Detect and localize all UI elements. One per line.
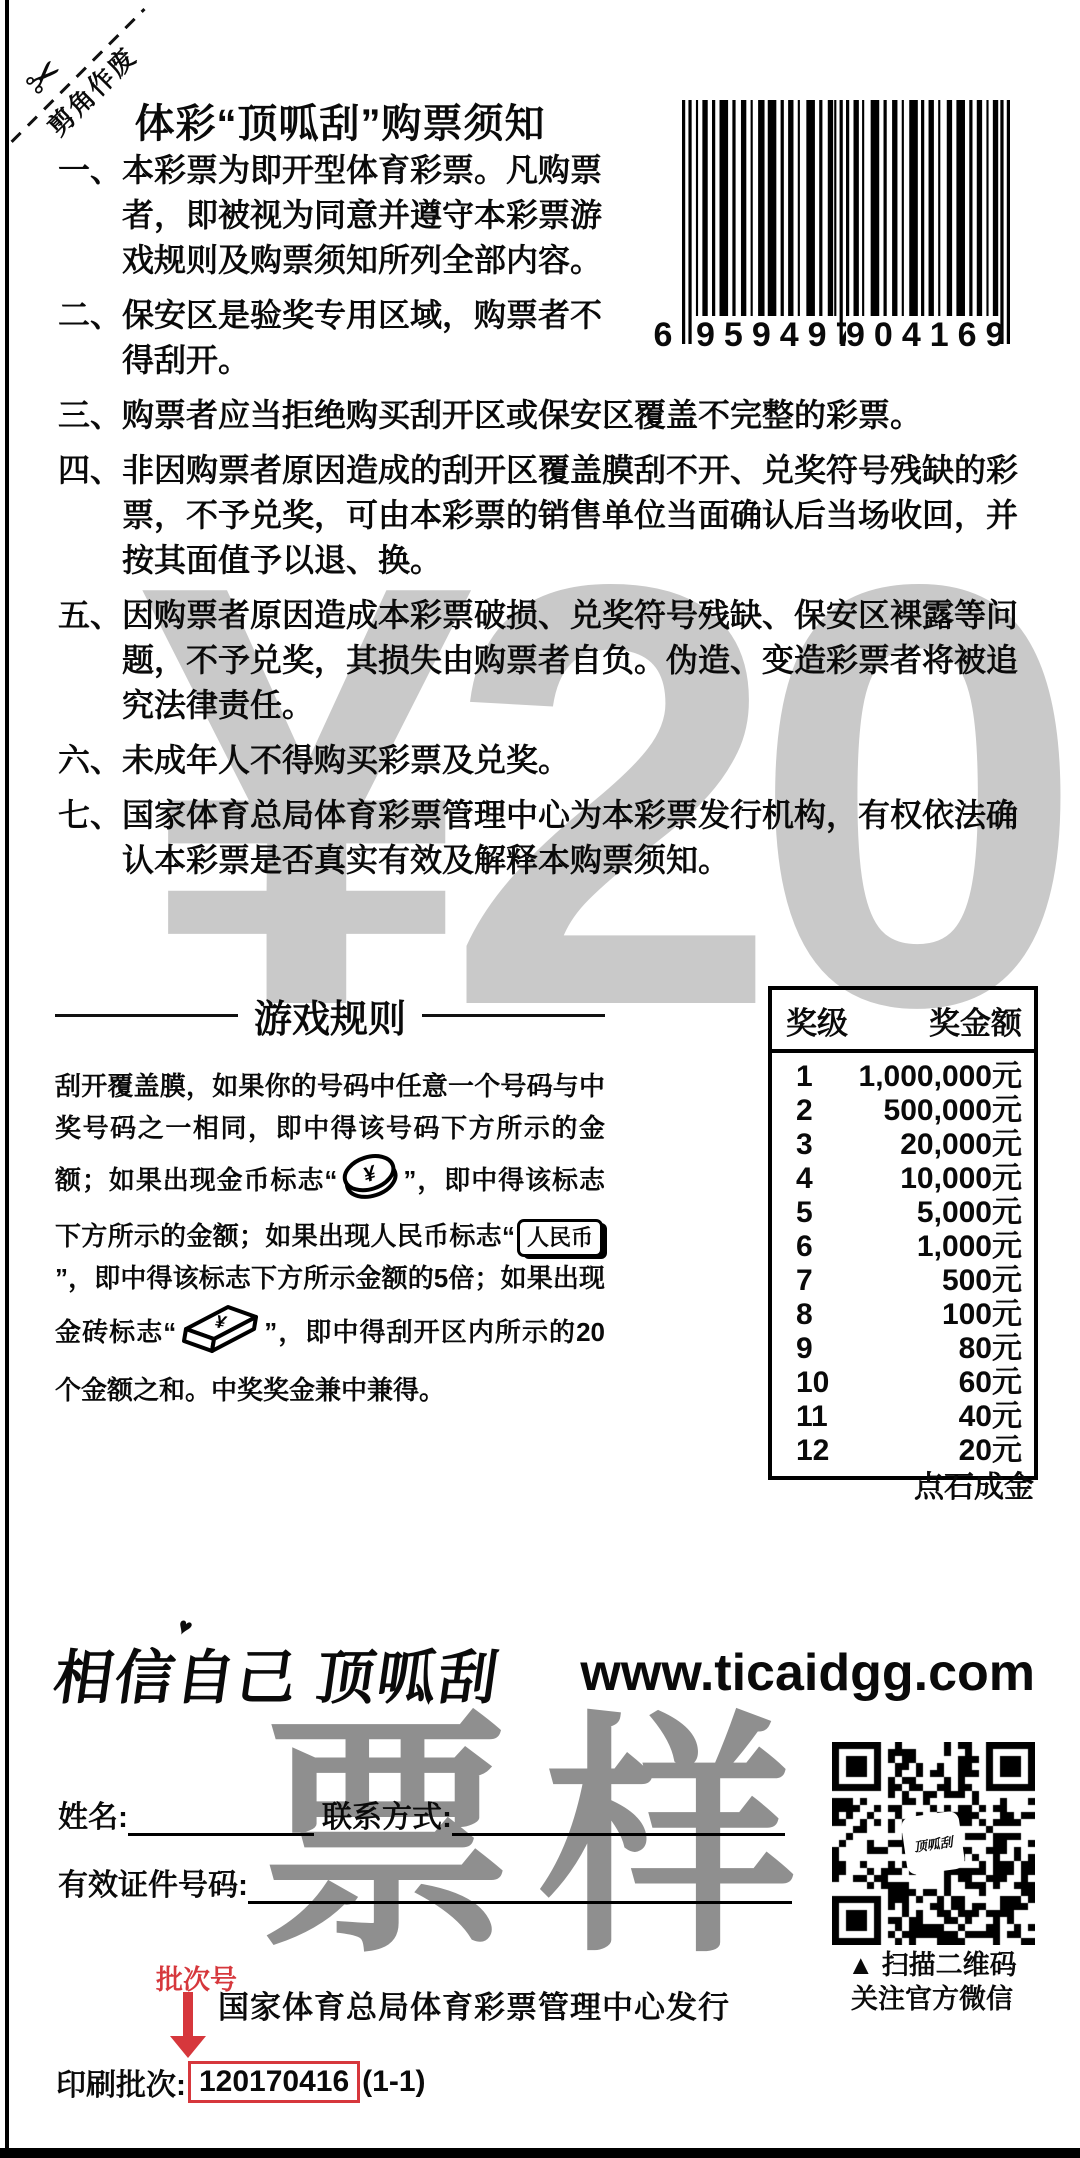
qr-caption-line2: 关注官方微信 [828, 1982, 1036, 2016]
gold-coin-icon: ¥ [339, 1149, 401, 1215]
notice-item: 七、国家体育总局体育彩票管理中心为本彩票发行机构，有权依法确认本彩票是否真实有效… [58, 793, 1038, 883]
game-rules-text: 刮开覆盖膜，如果你的号码中任意一个号码与中奖号码之一相同，即中得该号码下方所示的… [55, 1065, 605, 1411]
issuer-text: 国家体育总局体育彩票管理中心发行 [218, 1982, 730, 2027]
notice-item: 五、因购票者原因造成本彩票破损、兑奖符号残缺、保安区裸露等问题，不予兑奖，其损失… [58, 593, 1038, 728]
prize-amount-header: 奖金额 [929, 998, 1022, 1043]
prize-table: 奖级 奖金额 11,000,000元 2500,000元 320,000元 41… [768, 986, 1038, 1480]
table-row: 61,000元 [772, 1230, 1034, 1264]
prize-table-header: 奖级 奖金额 [772, 990, 1034, 1053]
notice-item: 二、保安区是验奖专用区域，购票者不得刮开。 [58, 293, 1038, 383]
ticket-left-edge [5, 0, 9, 2158]
prize-table-body: 11,000,000元 2500,000元 320,000元 410,000元 … [772, 1053, 1034, 1476]
heading-rule-left [55, 1014, 238, 1017]
notice-item: 一、本彩票为即开型体育彩票。凡购票者，即被视为同意并遵守本彩票游戏规则及购票须知… [58, 148, 1038, 283]
notice-item: 三、购票者应当拒绝购买刮开区或保安区覆盖不完整的彩票。 [58, 393, 1038, 438]
heading-rule-right [422, 1014, 605, 1017]
lottery-ticket-back: ¥20 票样 ✂ 剪角作废 体彩“顶呱刮”购票须知 [0, 0, 1080, 2158]
purchase-notice-list: 一、本彩票为即开型体育彩票。凡购票者，即被视为同意并遵守本彩票游戏规则及购票须知… [58, 148, 1038, 893]
table-row: 320,000元 [772, 1128, 1034, 1162]
table-row: 410,000元 [772, 1162, 1034, 1196]
notice-item: 四、非因购票者原因造成的刮开区覆盖膜刮不开、兑奖符号残缺的彩票，不予兑奖，可由本… [58, 448, 1038, 583]
name-blank-line [128, 1797, 314, 1836]
print-batch-row: 印刷批次: 120170416 (1-1) [56, 2060, 426, 2104]
contact-blank-line [452, 1797, 785, 1836]
print-batch-label: 印刷批次: [56, 2060, 186, 2104]
batch-arrow-icon [170, 2036, 206, 2058]
table-row: 11,000,000元 [772, 1060, 1034, 1094]
batch-arrow-shaft [183, 1992, 193, 2038]
qr-code-block: 顶呱刮 [832, 1742, 1035, 1945]
id-blank-line [248, 1865, 792, 1904]
game-rules-heading: 游戏规则 [55, 988, 605, 1043]
batch-number-value: 120170416 [188, 2061, 360, 2103]
table-row: 2500,000元 [772, 1094, 1034, 1128]
game-rules-title: 游戏规则 [254, 988, 406, 1043]
table-row: 1060元 [772, 1366, 1034, 1400]
form-row-name-contact: 姓名: 联系方式: [58, 1792, 785, 1836]
id-label: 有效证件号码: [58, 1860, 248, 1904]
notice-item: 六、未成年人不得购买彩票及兑奖。 [58, 738, 1038, 783]
game-name-label: 点石成金 [768, 1462, 1034, 1506]
gold-bar-icon: ¥ [178, 1299, 262, 1369]
prize-level-header: 奖级 [786, 998, 848, 1043]
website-text: www.ticaidgg.com [580, 1643, 1035, 1703]
brand-row: ♥ 相信自己 顶呱刮 www.ticaidgg.com [55, 1630, 1035, 1715]
qr-caption-line1: ▲ 扫描二维码 [828, 1948, 1036, 1982]
brand-logo: ♥ 相信自己 顶呱刮 [49, 1630, 506, 1715]
table-row: 1140元 [772, 1400, 1034, 1434]
page-title: 体彩“顶呱刮”购票须知 [70, 92, 610, 149]
table-row: 55,000元 [772, 1196, 1034, 1230]
batch-suffix: (1-1) [362, 2065, 425, 2099]
rmb-banknote-icon: 人民币 [517, 1219, 603, 1257]
table-row: 7500元 [772, 1264, 1034, 1298]
name-label: 姓名: [58, 1792, 128, 1836]
contact-label: 联系方式: [322, 1792, 452, 1836]
qr-caption: ▲ 扫描二维码 关注官方微信 [828, 1948, 1036, 2016]
ticket-bottom-edge [0, 2148, 1080, 2158]
table-row: 8100元 [772, 1298, 1034, 1332]
game-rules-section: 游戏规则 刮开覆盖膜，如果你的号码中任意一个号码与中奖号码之一相同，即中得该号码… [55, 988, 605, 1411]
table-row: 980元 [772, 1332, 1034, 1366]
form-row-id: 有效证件号码: [58, 1860, 792, 1904]
qr-center-logo: 顶呱刮 [900, 1810, 966, 1876]
heart-icon: ♥ [172, 1612, 199, 1644]
